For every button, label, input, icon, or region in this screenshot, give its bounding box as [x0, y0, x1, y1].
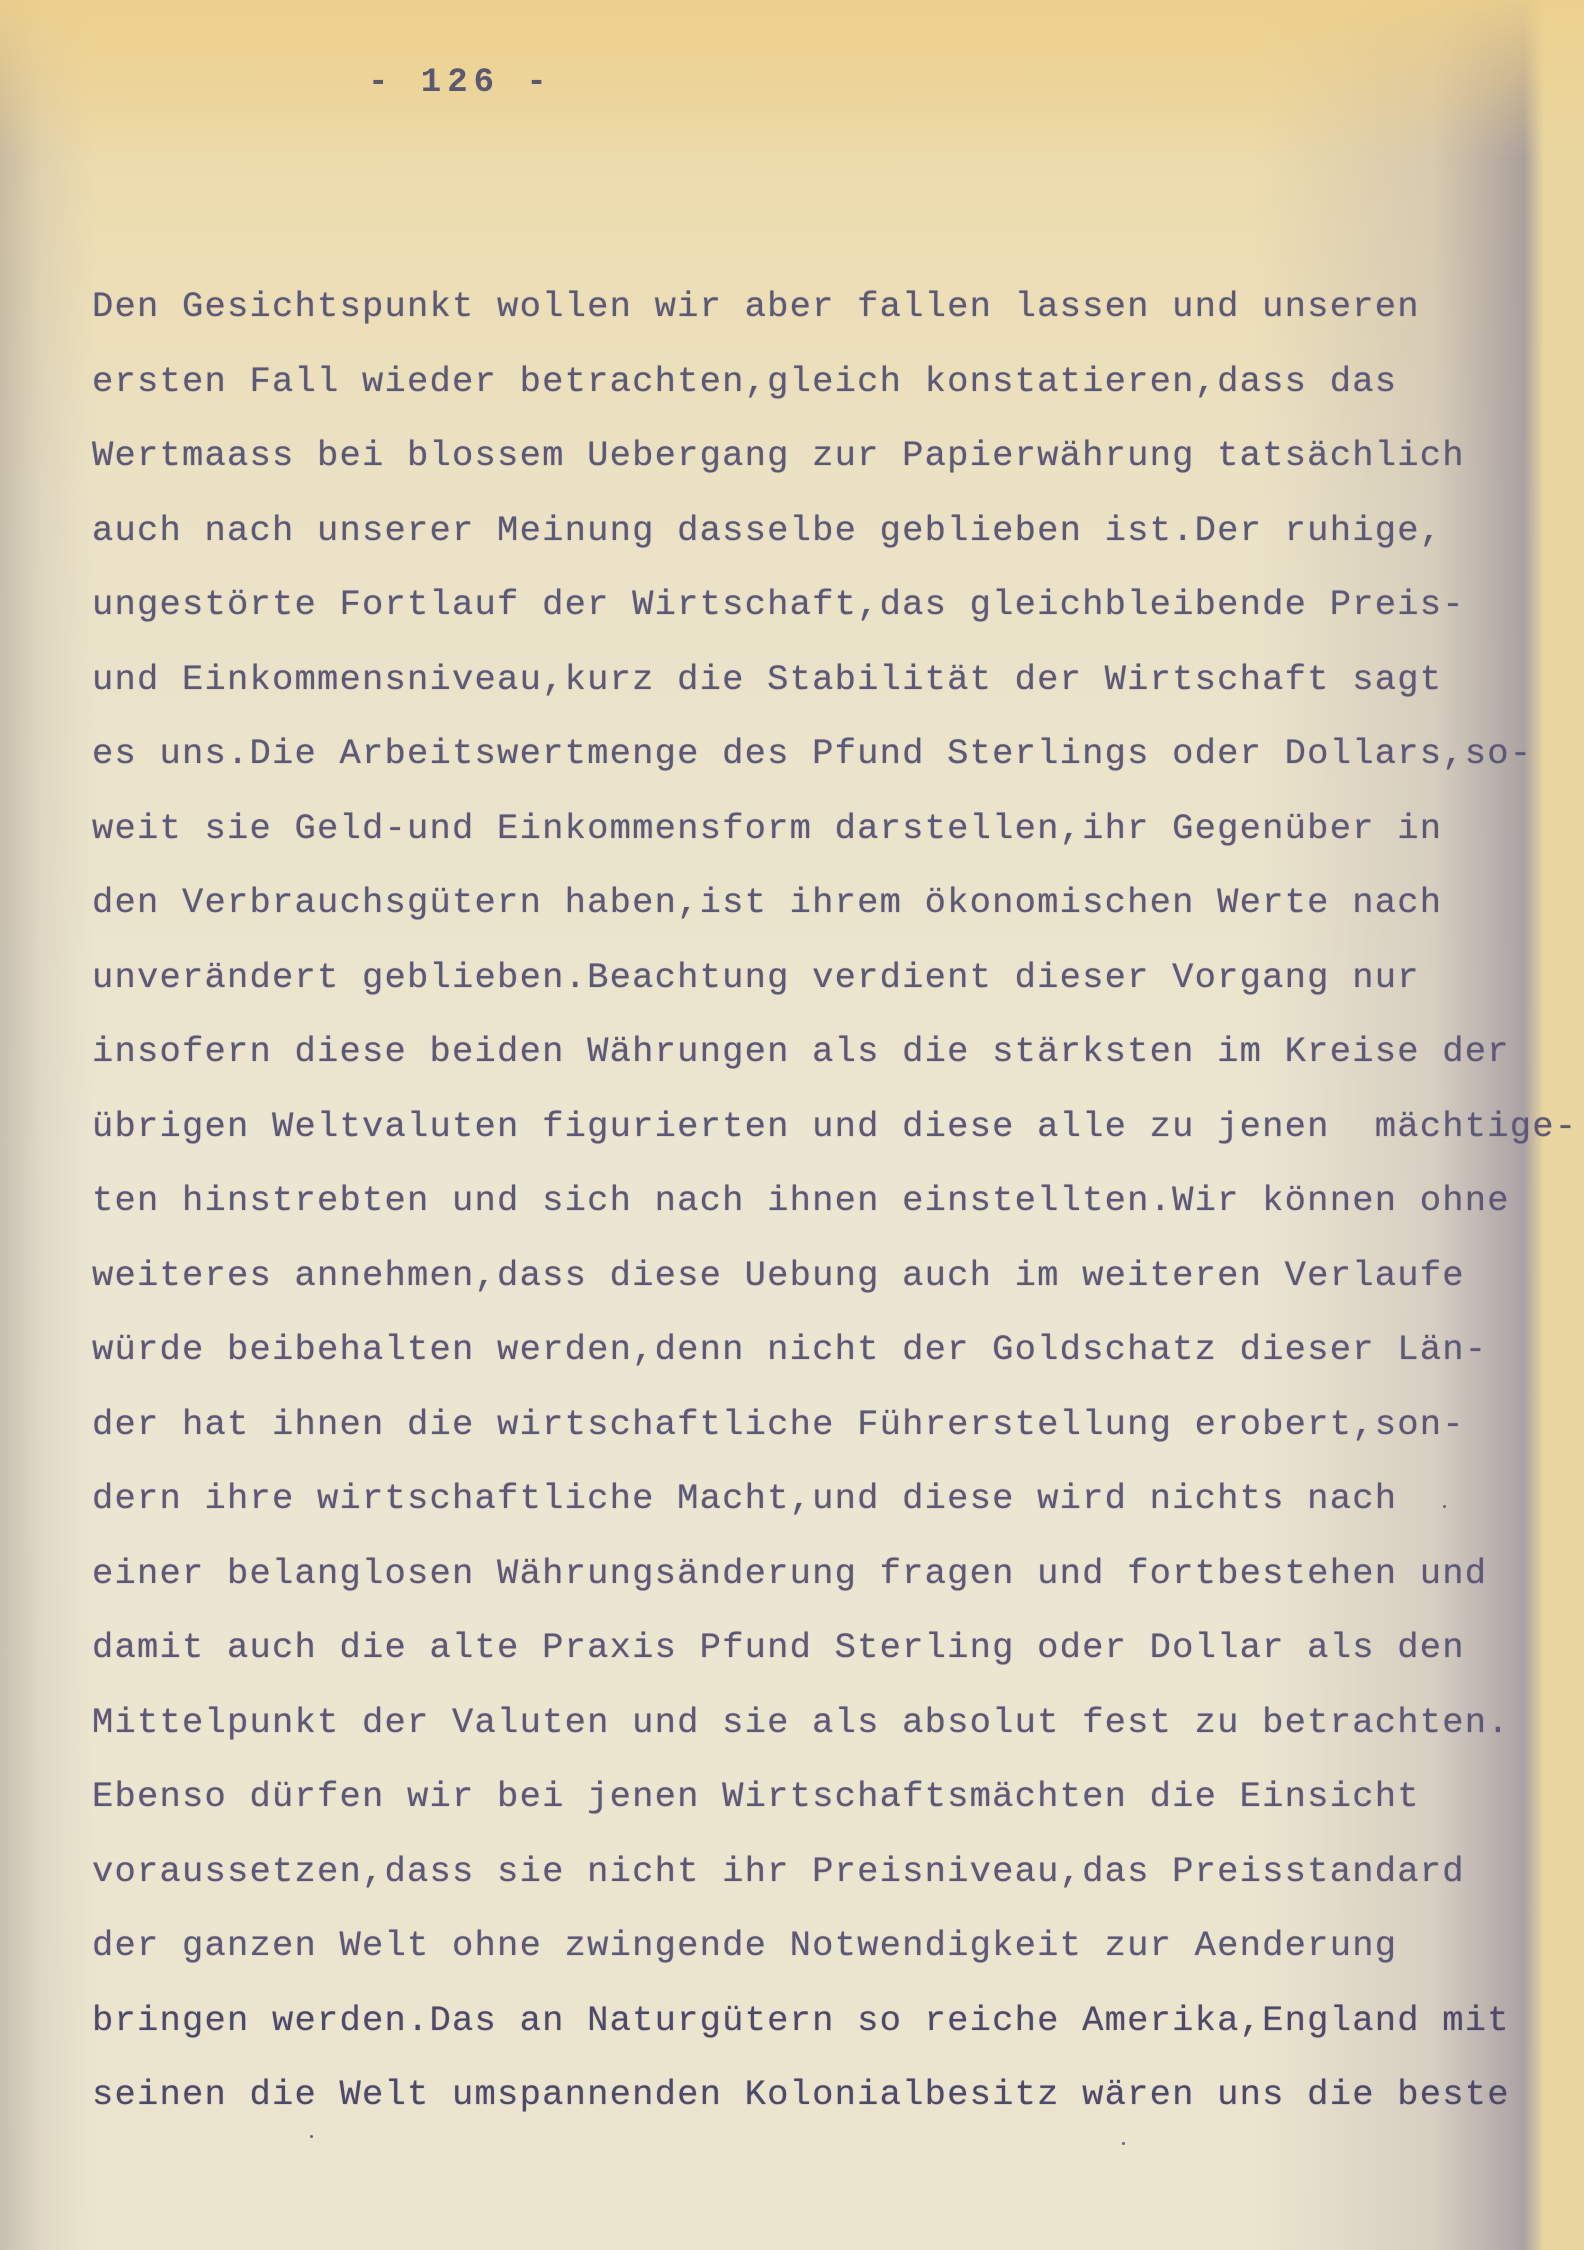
text-line: bringen werden.Das an Naturgütern so rei…	[92, 1984, 1522, 2059]
text-line: weiteres annehmen,dass diese Uebung auch…	[92, 1239, 1522, 1314]
text-line: den Verbrauchsgütern haben,ist ihrem öko…	[92, 866, 1522, 941]
text-line: insofern diese beiden Währungen als die …	[92, 1015, 1522, 1090]
page-number: - 126 -	[368, 64, 553, 102]
paper-top-tint	[0, 0, 1584, 160]
text-line: Wertmaass bei blossem Uebergang zur Papi…	[92, 419, 1522, 494]
text-line: und Einkommensniveau,kurz die Stabilität…	[92, 643, 1522, 718]
typewritten-page: - 126 - Den Gesichtspunkt wollen wir abe…	[0, 0, 1584, 2250]
text-line: ungestörte Fortlauf der Wirtschaft,das g…	[92, 568, 1522, 643]
text-line: ten hinstrebten und sich nach ihnen eins…	[92, 1164, 1522, 1239]
text-line: dern ihre wirtschaftliche Macht,und dies…	[92, 1462, 1522, 1537]
text-line: einer belanglosen Währungsänderung frage…	[92, 1537, 1522, 1612]
text-line: Den Gesichtspunkt wollen wir aber fallen…	[92, 270, 1522, 345]
text-line: seinen die Welt umspannenden Kolonialbes…	[92, 2058, 1522, 2133]
text-line: Ebenso dürfen wir bei jenen Wirtschaftsm…	[92, 1760, 1522, 1835]
text-line: auch nach unserer Meinung dasselbe gebli…	[92, 494, 1522, 569]
text-line: damit auch die alte Praxis Pfund Sterlin…	[92, 1611, 1522, 1686]
text-line: übrigen Weltvaluten figurierten und dies…	[92, 1090, 1522, 1165]
text-line: würde beibehalten werden,denn nicht der …	[92, 1313, 1522, 1388]
text-line: voraussetzen,dass sie nicht ihr Preisniv…	[92, 1835, 1522, 1910]
ink-speck	[1122, 2142, 1125, 2145]
text-line: ersten Fall wieder betrachten,gleich kon…	[92, 345, 1522, 420]
ink-speck	[1443, 1505, 1446, 1508]
text-line: unverändert geblieben.Beachtung verdient…	[92, 941, 1522, 1016]
ink-speck	[310, 2135, 313, 2138]
text-line: der hat ihnen die wirtschaftliche Führer…	[92, 1388, 1522, 1463]
text-line: es uns.Die Arbeitswertmenge des Pfund St…	[92, 717, 1522, 792]
text-line: Mittelpunkt der Valuten und sie als abso…	[92, 1686, 1522, 1761]
text-line: weit sie Geld-und Einkommensform darstel…	[92, 792, 1522, 867]
body-text: Den Gesichtspunkt wollen wir aber fallen…	[92, 270, 1522, 2133]
text-line: der ganzen Welt ohne zwingende Notwendig…	[92, 1909, 1522, 1984]
